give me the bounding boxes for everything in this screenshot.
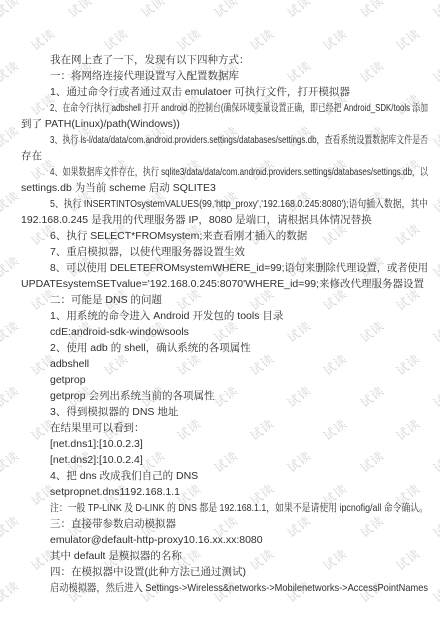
text-line: 4、把 dns 改成我们自己的 DNS	[21, 468, 428, 484]
text-line: UPDATEsystemSETvalue='192.168.0.245:8070…	[21, 276, 428, 292]
watermark-text: 试读	[0, 382, 22, 411]
text-line-content: 8、可以使用 DELETEFROMsystemWHERE_id=99;语句来删除…	[50, 260, 428, 276]
watermark-text: 试读	[430, 57, 440, 86]
watermark-text: 试读	[357, 0, 388, 21]
text-line: 2、在命令行执行 adbshell 打开 android 的控制台(确保环境变量…	[21, 100, 428, 116]
watermark-text: 试读	[430, 382, 440, 411]
text-line: 一：将网络连接代理设置写入配置数据库	[21, 68, 428, 84]
text-line-content: 192.168.0.245 是我用的代理服务器 IP，8080 是端口，请根据具…	[21, 212, 372, 228]
watermark-text: 试读	[393, 24, 424, 53]
watermark-text: 试读	[0, 512, 22, 541]
watermark-text: 试读	[430, 0, 440, 21]
text-line-content: 其中 default 是模拟器的名称	[50, 548, 182, 564]
text-line-content: 在结果里可以看到：	[50, 420, 145, 436]
watermark-text: 试读	[0, 252, 22, 281]
text-line-content: 4、如果数据库文件存在，执行 sqlite3/data/data/com.and…	[50, 164, 428, 180]
text-line: 存在	[21, 148, 428, 164]
text-line-content: emulator@default-http-proxy10.16.xx.xx:8…	[50, 532, 263, 548]
text-line: 6、执行 SELECT*FROMsystem;来查看刚才插入的数据	[21, 228, 428, 244]
text-line: 3、执行 ls-l/data/data/com.android.provider…	[21, 132, 428, 148]
text-line: emulator@default-http-proxy10.16.xx.xx:8…	[21, 532, 428, 548]
text-line-content: [net.dns2]:[10.0.2.4]	[50, 452, 143, 468]
watermark-text: 试读	[284, 0, 315, 21]
text-line-content: 7、重启模拟器，以使代理服务器设置生效	[50, 244, 245, 260]
watermark-text: 试读	[0, 447, 22, 476]
text-line: 3、得到模拟器的 DNS 地址	[21, 404, 428, 420]
watermark-text: 试读	[320, 24, 351, 53]
text-line-content: 4、把 dns 改成我们自己的 DNS	[50, 468, 198, 484]
watermark-text: 试读	[430, 317, 440, 346]
text-line: 5、执行 INSERTINTOsystemVALUES(99,'http_pro…	[21, 196, 428, 212]
text-line-content: 6、执行 SELECT*FROMsystem;来查看刚才插入的数据	[50, 228, 307, 244]
text-line-content: 到了 PATH(Linux)/path(Windows))	[21, 116, 180, 132]
text-line: 192.168.0.245 是我用的代理服务器 IP，8080 是端口，请根据具…	[21, 212, 428, 228]
watermark-text: 试读	[28, 24, 59, 53]
text-line-content: 四：在模拟器中设置(此种方法已通过测试)	[50, 564, 246, 580]
text-line: getprop	[21, 372, 428, 388]
document-body: 我在网上查了一下，发现有以下四种方式：一：将网络连接代理设置写入配置数据库1、通…	[21, 52, 428, 596]
text-line: 注：一般 TP-LINK 及 D-LINK 的 DNS 都是 192.168.1…	[21, 500, 428, 516]
text-line: 四：在模拟器中设置(此种方法已通过测试)	[21, 564, 428, 580]
text-line-content: 存在	[21, 148, 42, 164]
text-line-content: 1、用系统的命令进入 Android 开发包的 tools 目录	[50, 308, 283, 324]
text-line: [net.dns2]:[10.0.2.4]	[21, 452, 428, 468]
watermark-text: 试读	[0, 577, 22, 606]
document-page: 试读试读试读试读试读试读试读试读试读试读试读试读试读试读试读试读试读试读试读试读…	[0, 0, 440, 620]
text-line: [net.dns1]:[10.0.2.3]	[21, 436, 428, 452]
text-line: 到了 PATH(Linux)/path(Windows))	[21, 116, 428, 132]
text-line-content: 2、在命令行执行 adbshell 打开 android 的控制台(确保环境变量…	[50, 100, 428, 116]
watermark-text: 试读	[174, 24, 205, 53]
text-line-content: getprop 会列出系统当前的各项属性	[50, 388, 215, 404]
text-line: 4、如果数据库文件存在，执行 sqlite3/data/data/com.and…	[21, 164, 428, 180]
watermark-text: 试读	[0, 0, 22, 21]
text-line-content: 一：将网络连接代理设置写入配置数据库	[50, 68, 239, 84]
watermark-text: 试读	[247, 24, 278, 53]
text-line: 1、通过命令行或者通过双击 emulatoer 可执行文件，打开模拟器	[21, 84, 428, 100]
text-line: 7、重启模拟器，以使代理服务器设置生效	[21, 244, 428, 260]
text-line: settings.db 为当前 scheme 启动 SQLITE3	[21, 180, 428, 196]
text-line: 其中 default 是模拟器的名称	[21, 548, 428, 564]
text-line-content: setpropnet.dns1192.168.1.1	[50, 484, 180, 500]
text-line: 二：可能是 DNS 的问题	[21, 292, 428, 308]
text-line-content: 三：直接带参数启动模拟器	[50, 516, 176, 532]
text-line-content: cdE:android-sdk-windowsools	[50, 324, 189, 340]
text-line-content: UPDATEsystemSETvalue='192.168.0.245:8070…	[21, 276, 424, 292]
text-line-content: 1、通过命令行或者通过双击 emulatoer 可执行文件，打开模拟器	[50, 84, 350, 100]
text-line: 2、使用 adb 的 shell，确认系统的各项属性	[21, 340, 428, 356]
text-line: setpropnet.dns1192.168.1.1	[21, 484, 428, 500]
watermark-text: 试读	[65, 0, 96, 21]
text-line: 1、用系统的命令进入 Android 开发包的 tools 目录	[21, 308, 428, 324]
text-line: 三：直接带参数启动模拟器	[21, 516, 428, 532]
text-line: 启动模拟器，然后进入 Settings->Wireless&networks->…	[21, 580, 428, 596]
text-line: adbshell	[21, 356, 428, 372]
text-line-content: 注：一般 TP-LINK 及 D-LINK 的 DNS 都是 192.168.1…	[50, 500, 428, 516]
watermark-text: 试读	[0, 122, 22, 151]
watermark-text: 试读	[0, 57, 22, 86]
text-line-content: getprop	[50, 372, 86, 388]
text-line-content: 二：可能是 DNS 的问题	[50, 292, 162, 308]
text-line-content: 3、得到模拟器的 DNS 地址	[50, 404, 178, 420]
watermark-text: 试读	[211, 0, 242, 21]
watermark-text: 试读	[0, 317, 22, 346]
watermark-text: 试读	[430, 447, 440, 476]
text-line-content: settings.db 为当前 scheme 启动 SQLITE3	[21, 180, 216, 196]
text-line-content: 启动模拟器，然后进入 Settings->Wireless&networks->…	[50, 580, 428, 596]
text-line-content: adbshell	[50, 356, 89, 372]
text-line: cdE:android-sdk-windowsools	[21, 324, 428, 340]
text-line-content: 3、执行 ls-l/data/data/com.android.provider…	[50, 132, 428, 148]
text-line-content: [net.dns1]:[10.0.2.3]	[50, 436, 143, 452]
text-line: 在结果里可以看到：	[21, 420, 428, 436]
watermark-text: 试读	[0, 187, 22, 216]
text-line-content: 2、使用 adb 的 shell，确认系统的各项属性	[50, 340, 251, 356]
text-line: 我在网上查了一下，发现有以下四种方式：	[21, 52, 428, 68]
watermark-text: 试读	[101, 24, 132, 53]
watermark-text: 试读	[138, 0, 169, 21]
watermark-text: 试读	[430, 512, 440, 541]
text-line: 8、可以使用 DELETEFROMsystemWHERE_id=99;语句来删除…	[21, 260, 428, 276]
text-line: getprop 会列出系统当前的各项属性	[21, 388, 428, 404]
text-line-content: 5、执行 INSERTINTOsystemVALUES(99,'http_pro…	[50, 196, 428, 212]
text-line-content: 我在网上查了一下，发现有以下四种方式：	[50, 52, 250, 68]
